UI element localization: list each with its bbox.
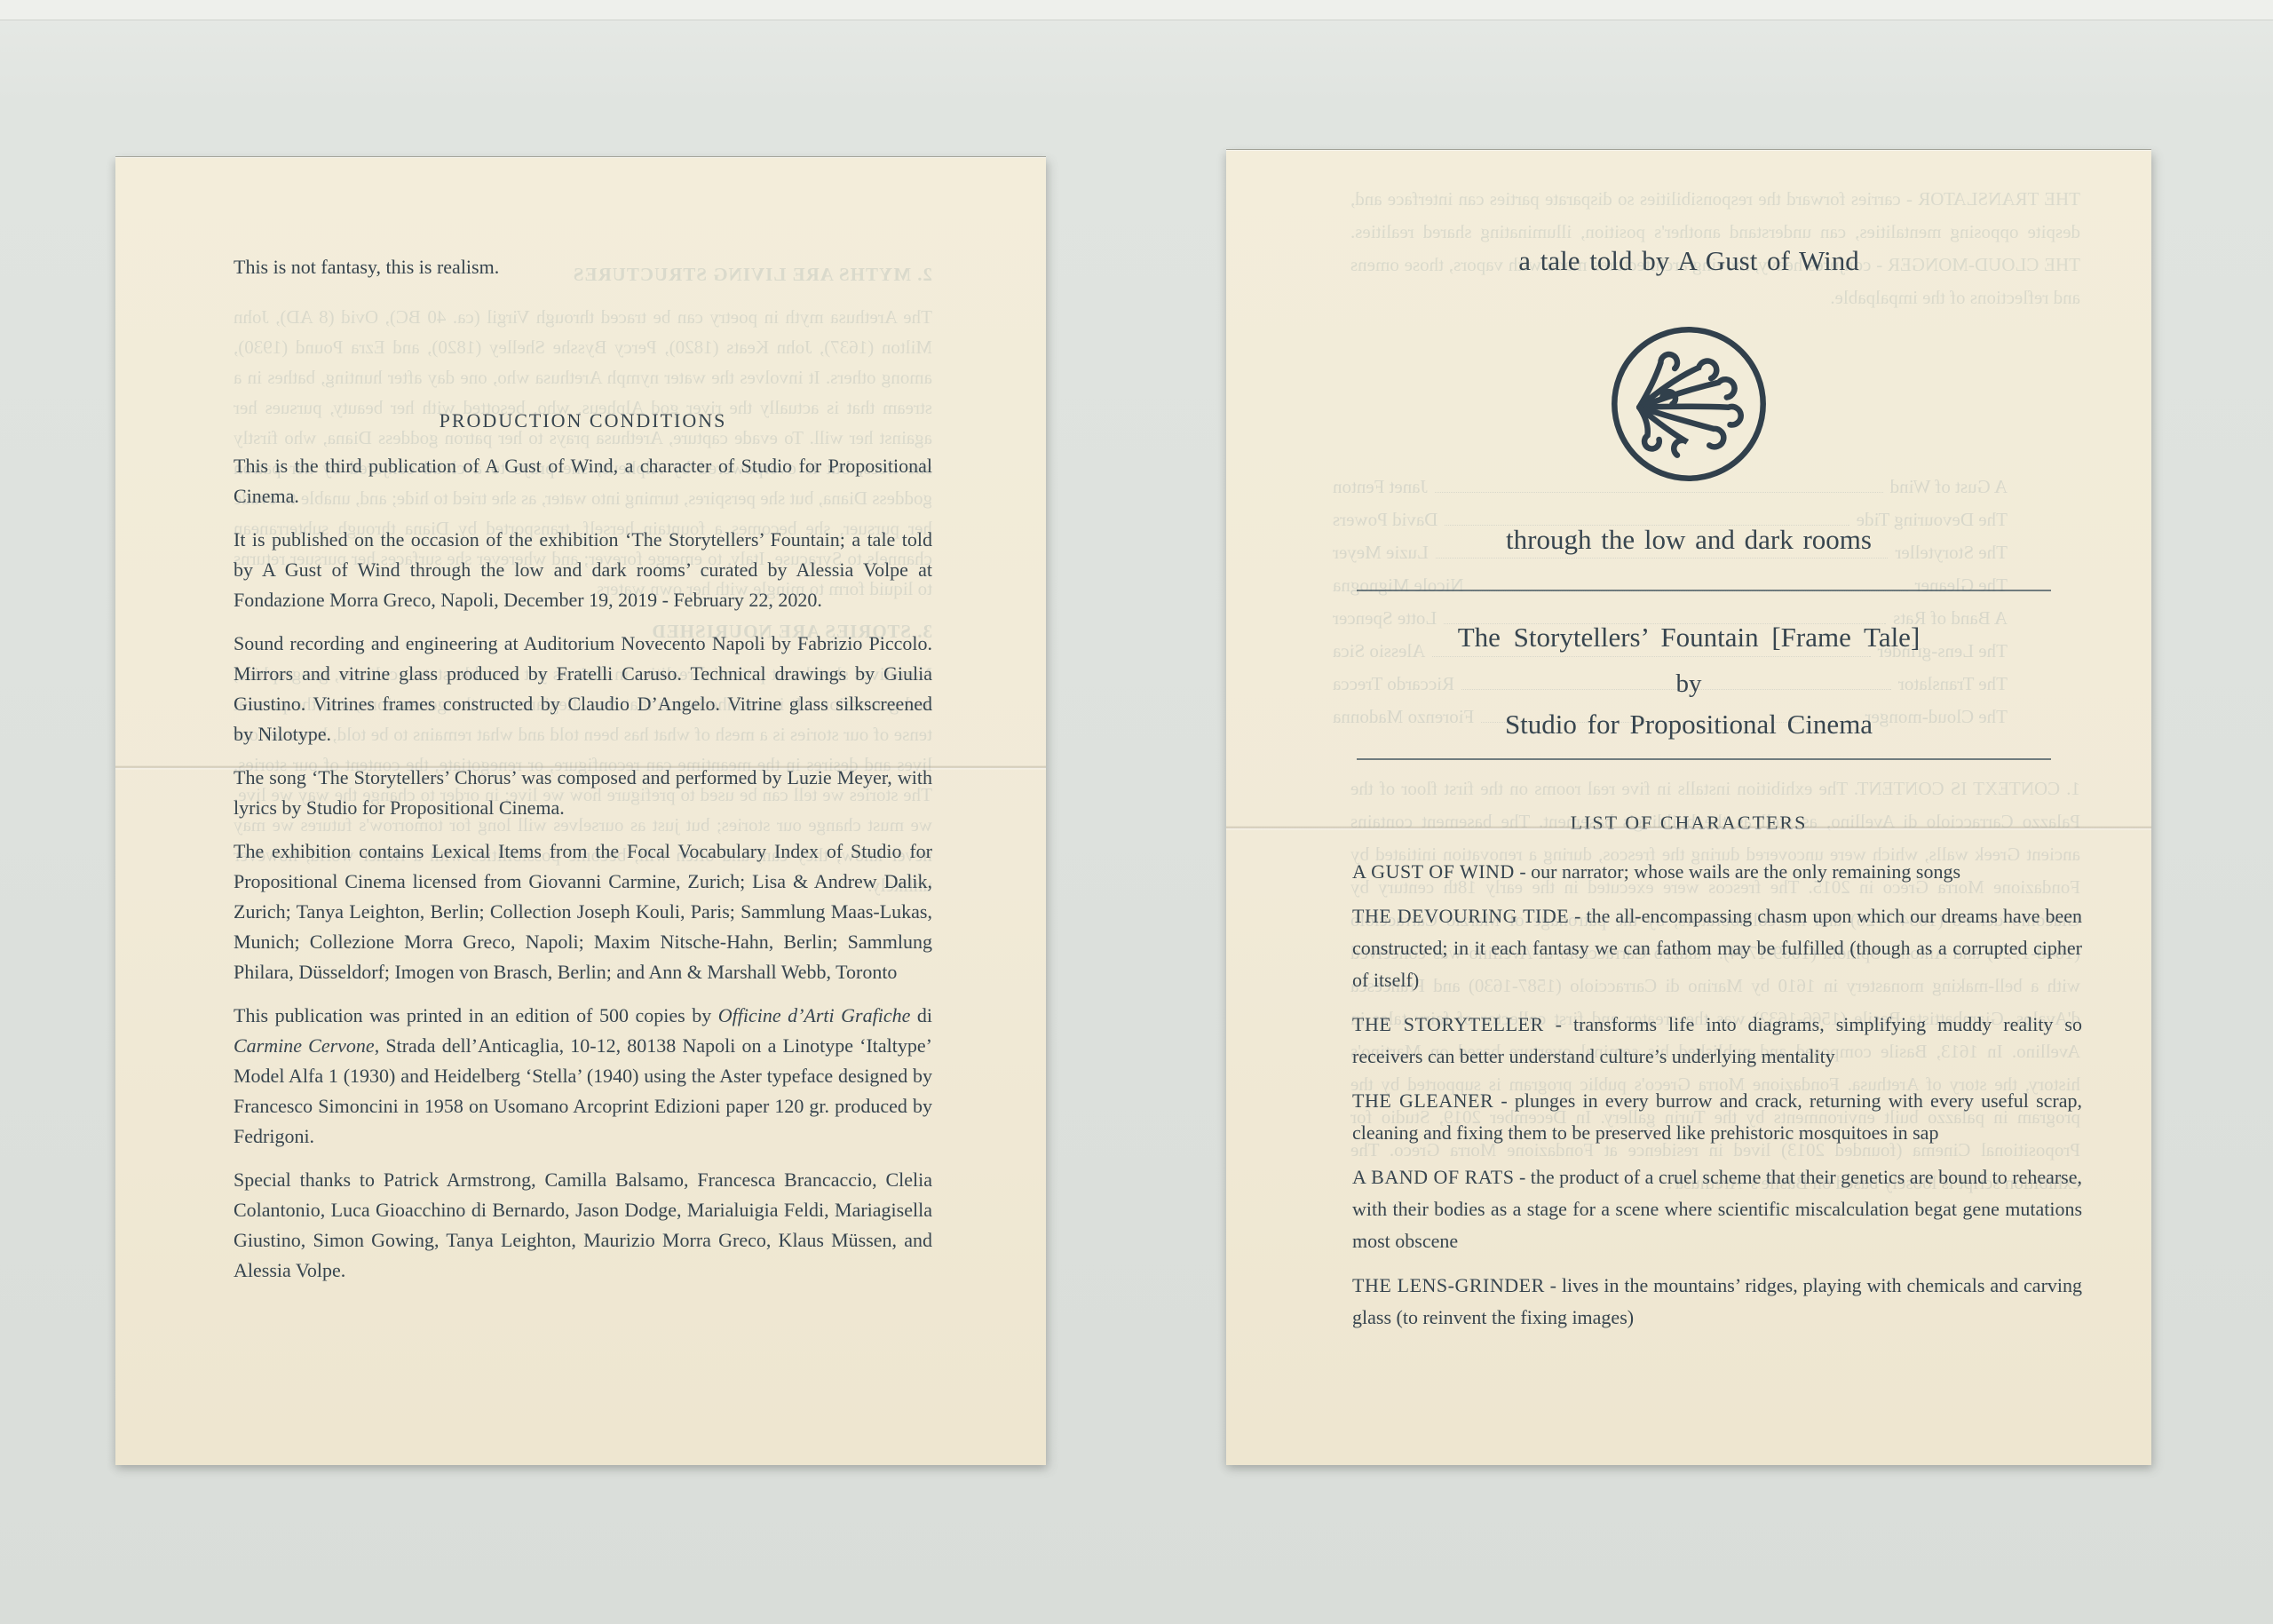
character-name: THE DEVOURING TIDE <box>1352 905 1569 927</box>
dotted-leader <box>1435 492 1883 493</box>
character-entry: THE DEVOURING TIDE - the all-encompassin… <box>1352 900 2082 996</box>
scanned-program-document: { "scan": { "background_color": "#dfe3de… <box>0 0 2273 1624</box>
character-separator: - <box>1544 1013 1573 1035</box>
author-name: Studio for Propositional Cinema <box>1226 709 2151 741</box>
character-list: A GUST OF WIND - our narrator; whose wai… <box>1352 856 2082 1346</box>
production-paragraphs: This is the third publication of A Gust … <box>234 451 932 1286</box>
list-of-characters-heading: LIST OF CHARACTERS <box>1226 812 2151 835</box>
bleedthrough-cast-row: The Gleaner Nicole Mignogna <box>1333 569 2008 602</box>
production-paragraph: This publication was printed in an editi… <box>234 1001 932 1152</box>
byline: by <box>1226 669 2151 699</box>
horizontal-rule <box>1357 758 2051 760</box>
fold-crease <box>1226 826 2151 830</box>
fold-crease <box>115 765 1046 770</box>
character-separator: - <box>1569 905 1586 927</box>
left-page: 2. MYTHS ARE LIVING STRUCTURES The Areth… <box>115 158 1046 1465</box>
character-entry: THE STORYTELLER - transforms life into d… <box>1352 1009 2082 1073</box>
character-entry: A BAND OF RATS - the product of a cruel … <box>1352 1161 2082 1257</box>
bleedthrough-cast-name: Nicole Mignogna <box>1333 569 1464 602</box>
character-separator: - <box>1545 1274 1562 1296</box>
character-entry: THE LENS-GRINDER - lives in the mountain… <box>1352 1270 2082 1334</box>
scanner-edge-band <box>0 0 2273 20</box>
character-name: A GUST OF WIND <box>1352 860 1515 883</box>
right-page: THE TRANSLATOR - carries forward the res… <box>1226 151 2151 1465</box>
dotted-leader <box>1436 558 1889 558</box>
production-paragraph: Sound recording and engineering at Audit… <box>234 629 932 749</box>
character-name: THE LENS-GRINDER <box>1352 1274 1545 1296</box>
bleedthrough-cast-role: The Gleaner <box>1915 569 2008 602</box>
main-title: The Storytellers’ Fountain [Frame Tale] <box>1226 622 2151 654</box>
production-paragraph: It is published on the occasion of the e… <box>234 525 932 615</box>
character-name: THE STORYTELLER <box>1352 1013 1544 1035</box>
production-conditions-heading: PRODUCTION CONDITIONS <box>234 409 932 432</box>
character-entry: A GUST OF WIND - our narrator; whose wai… <box>1352 856 2082 888</box>
character-separator: - <box>1515 860 1531 883</box>
character-name: THE GLEANER <box>1352 1089 1493 1112</box>
character-name: A BAND OF RATS <box>1352 1166 1514 1188</box>
character-description: our narrator; whose wails are the only r… <box>1531 860 1960 883</box>
bleedthrough-cast-role: A Gust of Wind <box>1890 471 2008 503</box>
series-title: a tale told by A Gust of Wind <box>1226 245 2151 277</box>
production-paragraph: The exhibition contains Lexical Items fr… <box>234 836 932 987</box>
character-separator: - <box>1514 1166 1530 1188</box>
character-entry: THE GLEANER - plunges in every burrow an… <box>1352 1085 2082 1149</box>
production-paragraph: This is the third publication of A Gust … <box>234 451 932 511</box>
bleedthrough-cast-name: Janet Fenton <box>1333 471 1428 503</box>
dotted-leader <box>1432 656 1870 657</box>
production-paragraph: The song ‘The Storytellers’ Chorus’ was … <box>234 763 932 823</box>
tagline: This is not fantasy, this is realism. <box>234 256 499 279</box>
horizontal-rule <box>1357 590 2051 591</box>
character-separator: - <box>1493 1089 1515 1112</box>
gust-of-wind-logo-icon <box>1606 321 1771 487</box>
production-paragraph: Special thanks to Patrick Armstrong, Cam… <box>234 1165 932 1286</box>
subtitle: through the low and dark rooms <box>1226 524 2151 556</box>
